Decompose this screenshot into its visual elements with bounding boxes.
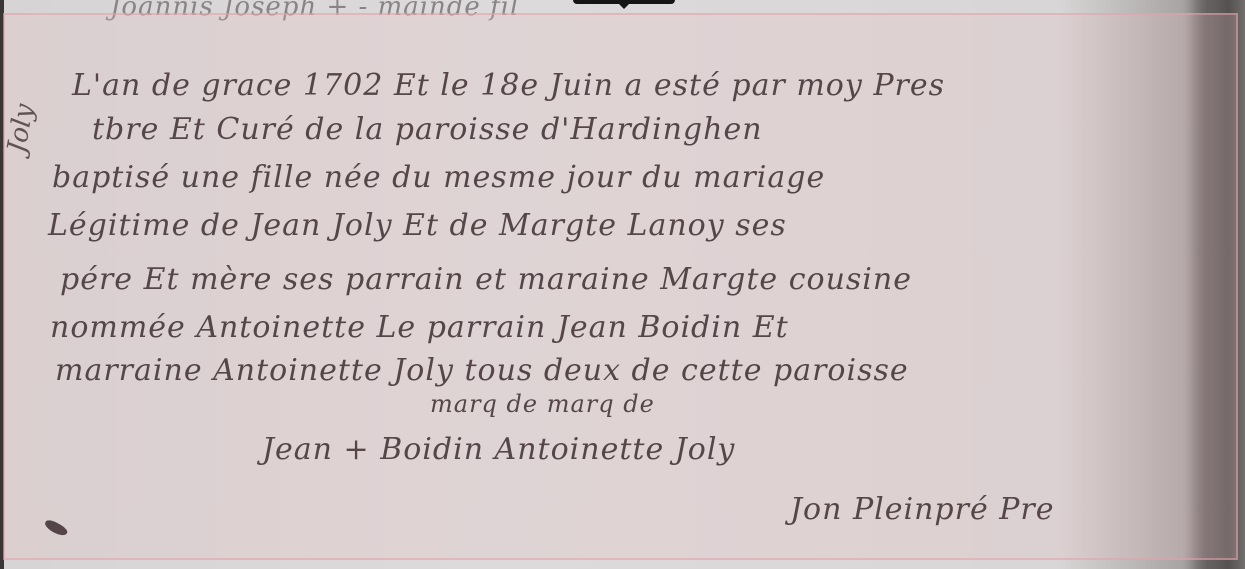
selection-overlay[interactable]	[3, 13, 1238, 560]
tooltip-pointer	[573, 0, 675, 4]
